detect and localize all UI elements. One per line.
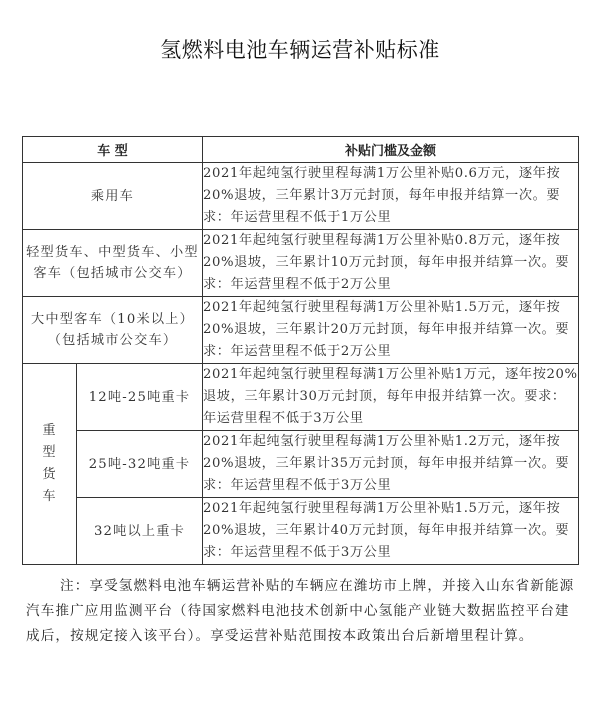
table-row: 32吨以上重卡 2021年起纯氢行驶里程每满1万公里补贴1.5万元，逐年按20%… — [23, 498, 579, 565]
heavy-truck-group-label: 重型货车 — [23, 364, 77, 565]
subsidy-description-cell: 2021年起纯氢行驶里程每满1万公里补贴1.5万元，逐年按20%退坡，三年累计2… — [203, 297, 579, 364]
subsidy-standard-table: 车 型 补贴门槛及金额 乘用车 2021年起纯氢行驶里程每满1万公里补贴0.6万… — [22, 136, 579, 565]
table-row: 大中型客车（10米以上）（包括城市公交车） 2021年起纯氢行驶里程每满1万公里… — [23, 297, 579, 364]
subsidy-description-cell: 2021年起纯氢行驶里程每满1万公里补贴1.5万元，逐年按20%退坡，三年累计4… — [203, 498, 579, 565]
vehicle-type-cell: 乘用车 — [23, 163, 203, 230]
subsidy-description-cell: 2021年起纯氢行驶里程每满1万公里补贴0.6万元，逐年按20%退坡，三年累计3… — [203, 163, 579, 230]
document-title: 氢燃料电池车辆运营补贴标准 — [0, 34, 600, 64]
table-row: 重型货车 12吨-25吨重卡 2021年起纯氢行驶里程每满1万公里补贴1万元，逐… — [23, 364, 579, 431]
vehicle-type-cell: 12吨-25吨重卡 — [77, 364, 203, 431]
table-row: 乘用车 2021年起纯氢行驶里程每满1万公里补贴0.6万元，逐年按20%退坡，三… — [23, 163, 579, 230]
subsidy-description-cell: 2021年起纯氢行驶里程每满1万公里补贴1万元，逐年按20%退坡，三年累计30万… — [203, 364, 579, 431]
header-vehicle-type: 车 型 — [23, 137, 203, 163]
vehicle-type-cell: 32吨以上重卡 — [77, 498, 203, 565]
subsidy-description-cell: 2021年起纯氢行驶里程每满1万公里补贴1.2万元，逐年按20%退坡，三年累计3… — [203, 431, 579, 498]
table-row: 25吨-32吨重卡 2021年起纯氢行驶里程每满1万公里补贴1.2万元，逐年按2… — [23, 431, 579, 498]
vehicle-type-cell: 轻型货车、中型货车、小型客车（包括城市公交车） — [23, 230, 203, 297]
vehicle-type-cell: 25吨-32吨重卡 — [77, 431, 203, 498]
vehicle-type-cell: 大中型客车（10米以上）（包括城市公交车） — [23, 297, 203, 364]
group-label-text: 重型货车 — [36, 420, 64, 508]
table-header-row: 车 型 补贴门槛及金额 — [23, 137, 579, 163]
table-row: 轻型货车、中型货车、小型客车（包括城市公交车） 2021年起纯氢行驶里程每满1万… — [23, 230, 579, 297]
footnote: 注：享受氢燃料电池车辆运营补贴的车辆应在潍坊市上牌，并接入山东省新能源汽车推广应… — [26, 574, 576, 649]
header-threshold-amount: 补贴门槛及金额 — [203, 137, 579, 163]
subsidy-description-cell: 2021年起纯氢行驶里程每满1万公里补贴0.8万元，逐年按20%退坡，三年累计1… — [203, 230, 579, 297]
